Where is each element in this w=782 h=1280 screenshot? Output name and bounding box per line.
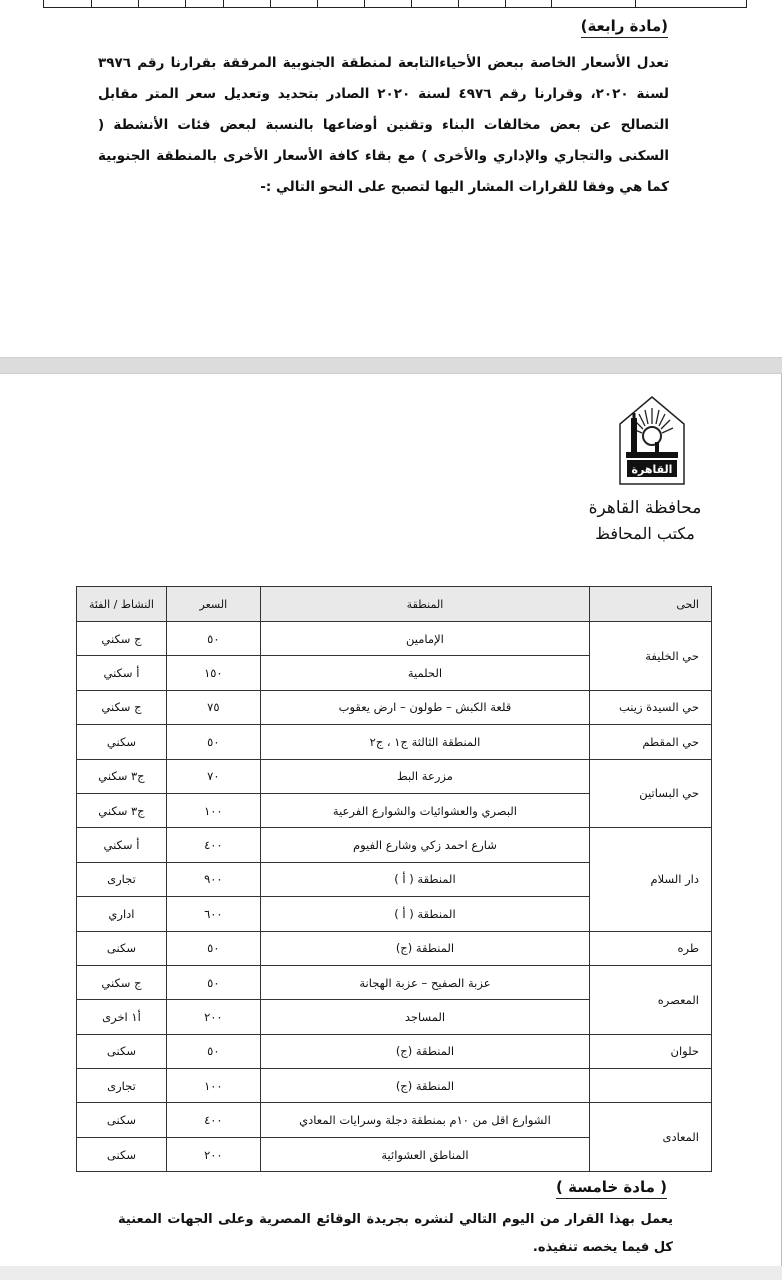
page-separator [0, 357, 782, 374]
category-cell: سكنى [77, 1034, 167, 1068]
category-cell: ج سكني [77, 622, 167, 656]
article-4-title: (مادة رابعة) [581, 17, 668, 38]
document-page-2: القاهرة محافظة القاهرة مكتب المحافظ الحى… [0, 374, 782, 1266]
price-cell: ٥٠ [166, 622, 260, 656]
price-cell: ٦٠٠ [166, 897, 260, 931]
category-cell: سكني [77, 725, 167, 759]
area-cell: الحلمية [260, 656, 589, 690]
price-cell: ٤٠٠ [166, 828, 260, 862]
table-row: حي البساتين مزرعة البط ٧٠ ج٣ سكني [77, 759, 712, 793]
header-area: المنطقة [260, 587, 589, 622]
header-district: الحى [590, 587, 712, 622]
area-cell: المنطقة (ج) [260, 931, 589, 965]
page-separator-bottom [0, 1266, 782, 1280]
prices-table: الحى المنطقة السعر النشاط / الفئة حي الخ… [76, 586, 712, 1172]
article-5-title: ( مادة خامسة ) [556, 1178, 667, 1199]
category-cell: ج٣ سكني [77, 793, 167, 827]
area-cell: الإمامين [260, 622, 589, 656]
area-cell: مزرعة البط [260, 759, 589, 793]
district-cell: المعادى [590, 1103, 712, 1172]
area-cell: المنطقة (ج) [260, 1069, 589, 1103]
cairo-governorate-emblem-icon: القاهرة [617, 394, 687, 486]
category-cell: ج٣ سكني [77, 759, 167, 793]
area-cell: عزبة الصفيح – عزبة الهجانة [260, 965, 589, 999]
category-cell: أ سكني [77, 656, 167, 690]
area-cell: المنطقة ( أ ) [260, 897, 589, 931]
table-row: حي السيدة زينب قلعة الكبش – طولون – ارض … [77, 690, 712, 724]
category-cell: سكنى [77, 931, 167, 965]
area-cell: البصري والعشوائيات والشوارع الفرعية [260, 793, 589, 827]
category-cell: اداري [77, 897, 167, 931]
price-cell: ٥٠ [166, 965, 260, 999]
district-cell: حي المقطم [590, 725, 712, 759]
header-price: السعر [166, 587, 260, 622]
article-5-body: يعمل بهذا القرار من اليوم التالي لنشره ب… [118, 1206, 673, 1262]
price-cell: ٢٠٠ [166, 1000, 260, 1034]
area-cell: المنطقة الثالثة ج١ ، ج٢ [260, 725, 589, 759]
area-cell: المنطقة ( أ ) [260, 862, 589, 896]
area-cell: قلعة الكبش – طولون – ارض يعقوب [260, 690, 589, 724]
category-cell: سكنى [77, 1137, 167, 1171]
price-cell: ٧٥ [166, 690, 260, 724]
letterhead-governorate: محافظة القاهرة [580, 498, 710, 518]
header-category: النشاط / الفئة [77, 587, 167, 622]
article-4-body: تعدل الأسعار الخاصة ببعض الأحياءالتابعة … [98, 48, 669, 203]
price-cell: ٩٠٠ [166, 862, 260, 896]
table-row: المعصره عزبة الصفيح – عزبة الهجانة ٥٠ ج … [77, 965, 712, 999]
table-row: حي المقطم المنطقة الثالثة ج١ ، ج٢ ٥٠ سكن… [77, 725, 712, 759]
previous-table-fragment [43, 0, 747, 8]
category-cell: أ سكني [77, 828, 167, 862]
district-cell: حلوان [590, 1034, 712, 1068]
category-cell: أ١ اخرى [77, 1000, 167, 1034]
price-cell: ١٥٠ [166, 656, 260, 690]
price-cell: ٥٠ [166, 931, 260, 965]
district-cell: دار السلام [590, 828, 712, 931]
district-cell: حي البساتين [590, 759, 712, 828]
district-cell: المعصره [590, 965, 712, 1034]
area-cell: المنطقة (ج) [260, 1034, 589, 1068]
price-cell: ٧٠ [166, 759, 260, 793]
table-row: المعادى الشوارع اقل من ١٠م بمنطقة دجلة و… [77, 1103, 712, 1137]
district-cell: حي السيدة زينب [590, 690, 712, 724]
area-cell: المساجد [260, 1000, 589, 1034]
price-cell: ١٠٠ [166, 1069, 260, 1103]
district-cell [590, 1069, 712, 1103]
district-cell: حي الخليفة [590, 622, 712, 691]
area-cell: المناطق العشوائية [260, 1137, 589, 1171]
price-cell: ٤٠٠ [166, 1103, 260, 1137]
district-cell: طره [590, 931, 712, 965]
area-cell: شارع احمد زكي وشارع الفيوم [260, 828, 589, 862]
category-cell: سكنى [77, 1103, 167, 1137]
table-row: المنطقة (ج) ١٠٠ تجارى [77, 1069, 712, 1103]
letterhead-office: مكتب المحافظ [580, 524, 710, 543]
table-row: حلوان المنطقة (ج) ٥٠ سكنى [77, 1034, 712, 1068]
price-cell: ٥٠ [166, 1034, 260, 1068]
category-cell: ج سكني [77, 690, 167, 724]
area-cell: الشوارع اقل من ١٠م بمنطقة دجلة وسرايات ا… [260, 1103, 589, 1137]
price-cell: ٥٠ [166, 725, 260, 759]
table-row: طره المنطقة (ج) ٥٠ سكنى [77, 931, 712, 965]
table-row: دار السلام شارع احمد زكي وشارع الفيوم ٤٠… [77, 828, 712, 862]
svg-text:القاهرة: القاهرة [632, 463, 673, 476]
category-cell: تجارى [77, 1069, 167, 1103]
table-row: حي الخليفة الإمامين ٥٠ ج سكني [77, 622, 712, 656]
document-page-1: (مادة رابعة) تعدل الأسعار الخاصة ببعض ال… [0, 0, 782, 357]
price-cell: ١٠٠ [166, 793, 260, 827]
price-cell: ٢٠٠ [166, 1137, 260, 1171]
category-cell: ج سكني [77, 965, 167, 999]
category-cell: تجارى [77, 862, 167, 896]
table-header-row: الحى المنطقة السعر النشاط / الفئة [77, 587, 712, 622]
